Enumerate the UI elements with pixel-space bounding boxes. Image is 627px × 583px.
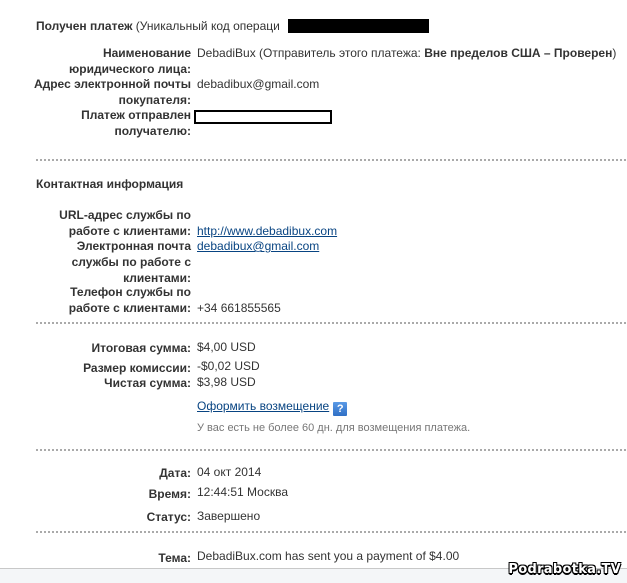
support-url-link[interactable]: http://www.debadibux.com xyxy=(197,223,337,239)
refund-row: Оформить возмещение? xyxy=(197,398,347,416)
fee-label: Размер комиссии: xyxy=(83,360,191,376)
net-label: Чистая сумма: xyxy=(104,375,191,391)
divider xyxy=(36,159,626,161)
support-url-label: URL-адрес службы поработе с клиентами: xyxy=(59,207,191,239)
fee-value: -$0,02 USD xyxy=(197,358,260,374)
subject-label: Тема: xyxy=(158,550,191,566)
date-label: Дата: xyxy=(159,465,191,481)
refund-link[interactable]: Оформить возмещение xyxy=(197,399,329,413)
watermark: Podrabotka.TV xyxy=(508,562,621,577)
total-label: Итоговая сумма: xyxy=(91,340,191,356)
divider xyxy=(36,322,626,324)
support-phone-label: Телефон службы поработе с клиентами: xyxy=(69,284,191,316)
date-value: 04 окт 2014 xyxy=(197,464,261,480)
status-label: Статус: xyxy=(147,509,191,525)
subject-value: DebadiBux.com has sent you a payment of … xyxy=(197,548,459,564)
redacted-transaction-id xyxy=(288,19,429,33)
net-value: $3,98 USD xyxy=(197,374,256,390)
time-label: Время: xyxy=(149,486,191,502)
refund-note: У вас есть не более 60 дн. для возмещени… xyxy=(197,420,470,436)
divider xyxy=(36,449,626,451)
title-transaction-label: (Уникальный код операци xyxy=(132,19,279,33)
entity-value: DebadiBux (Отправитель этого платежа: Вн… xyxy=(197,45,616,61)
status-value: Завершено xyxy=(197,508,260,524)
title-bold: Получен платеж xyxy=(36,19,132,33)
redacted-recipient xyxy=(194,110,332,124)
contact-heading: Контактная информация xyxy=(36,176,183,192)
support-email-label: Электронная почтаслужбы по работе склиен… xyxy=(72,238,191,286)
support-email-link[interactable]: debadibux@gmail.com xyxy=(197,238,319,254)
entity-label: Наименованиеюридического лица: xyxy=(69,45,191,77)
support-phone-value: +34 661855565 xyxy=(197,300,281,316)
seller-status: Вне пределов США – Проверен xyxy=(424,46,612,60)
buyer-email-value: debadibux@gmail.com xyxy=(197,76,319,92)
total-value: $4,00 USD xyxy=(197,339,256,355)
payment-title: Получен платеж (Уникальный код операци xyxy=(36,18,280,34)
buyer-email-label: Адрес электронной почтыпокупателя: xyxy=(34,76,191,108)
divider xyxy=(36,531,626,533)
help-icon[interactable]: ? xyxy=(333,402,347,416)
recipient-label: Платеж отправленполучателю: xyxy=(81,107,191,139)
time-value: 12:44:51 Москва xyxy=(197,484,288,500)
